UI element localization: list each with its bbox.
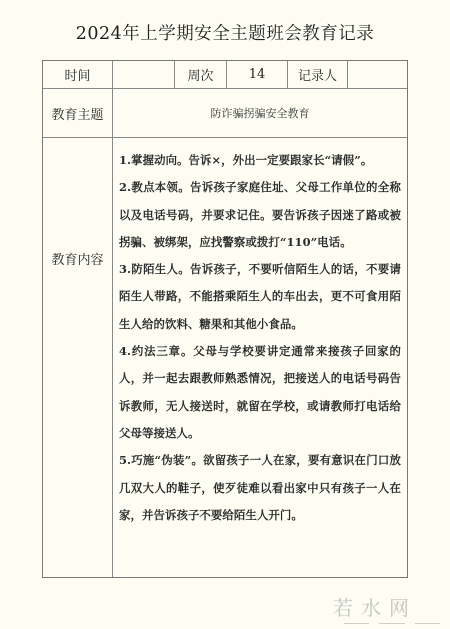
time-value xyxy=(113,61,174,88)
content-paragraph: 1.掌握动向。告诉×，外出一定要跟家长“请假”。 xyxy=(119,147,401,174)
column-divider xyxy=(112,61,113,577)
content-paragraph: 2.教点本领。告诉孩子家庭住址、父母工作单位的全称以及电话号码，并要求记住。要告… xyxy=(119,174,401,256)
watermark-logo: 若水网 xyxy=(333,592,417,621)
content-paragraph: 5.巧施“伪装”。欲留孩子一人在家，要有意识在门口放几双大人的鞋子，使歹徒难以看… xyxy=(119,447,401,529)
week-value: 14 xyxy=(227,61,287,88)
recorder-value xyxy=(348,61,407,88)
topic-label: 教育主题 xyxy=(43,89,112,137)
content-paragraph: 4.约法三章。父母与学校要讲定通常来接孩子回家的人，并一起去跟教师熟悉情况，把接… xyxy=(119,338,401,447)
content-body: 1.掌握动向。告诉×，外出一定要跟家长“请假”。 2.教点本领。告诉孩子家庭住址… xyxy=(119,147,401,529)
watermark-underline xyxy=(344,623,440,625)
recorder-label: 记录人 xyxy=(288,61,347,88)
topic-value: 防诈骗拐骗安全教育 xyxy=(113,89,407,137)
page-title: 2024年上学期安全主题班会教育记录 xyxy=(0,20,450,45)
record-table: 时间 周次 14 记录人 教育主题 防诈骗拐骗安全教育 教育内容 1.掌握动向。… xyxy=(42,60,408,578)
content-paragraph: 3.防陌生人。告诉孩子，不要听信陌生人的话，不要请陌生人带路，不能搭乘陌生人的车… xyxy=(119,256,401,338)
time-label: 时间 xyxy=(43,61,112,88)
content-label: 教育内容 xyxy=(43,138,112,378)
week-label: 周次 xyxy=(175,61,226,88)
